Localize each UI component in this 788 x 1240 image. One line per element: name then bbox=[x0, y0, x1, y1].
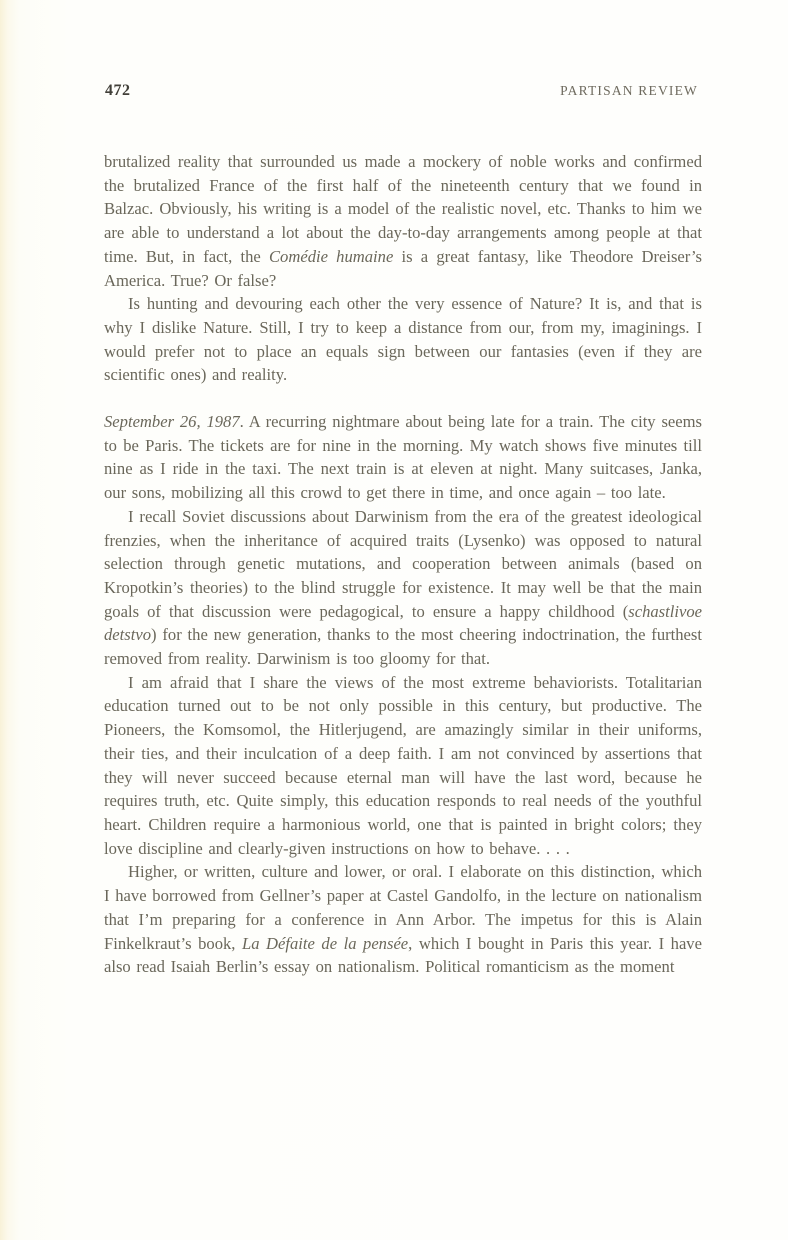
text-block: brutalized reality that surrounded us ma… bbox=[104, 150, 702, 979]
paragraph: I recall Soviet discussions about Darwin… bbox=[104, 505, 702, 671]
text-segment: Is hunting and devouring each other the … bbox=[104, 294, 702, 384]
italic-text-segment: September 26, 1987 bbox=[104, 412, 240, 431]
page-header: 472 PARTISAN REVIEW bbox=[105, 82, 698, 100]
journal-name: PARTISAN REVIEW bbox=[560, 83, 698, 99]
paragraph: Higher, or written, culture and lower, o… bbox=[104, 860, 702, 979]
book-page: 472 PARTISAN REVIEW brutalized reality t… bbox=[0, 0, 788, 1240]
page-number: 472 bbox=[105, 82, 131, 100]
paragraph: Is hunting and devouring each other the … bbox=[104, 292, 702, 387]
text-segment: ) for the new generation, thanks to the … bbox=[104, 625, 702, 668]
italic-text-segment: Comédie humaine bbox=[269, 247, 393, 266]
text-segment: I am afraid that I share the views of th… bbox=[104, 673, 702, 858]
paragraph: September 26, 1987. A recurring nightmar… bbox=[104, 410, 702, 505]
italic-text-segment: La Défaite de la pensée bbox=[242, 934, 408, 953]
paragraph: I am afraid that I share the views of th… bbox=[104, 671, 702, 861]
paragraph: brutalized reality that surrounded us ma… bbox=[104, 150, 702, 292]
text-segment: I recall Soviet discussions about Darwin… bbox=[104, 507, 702, 621]
